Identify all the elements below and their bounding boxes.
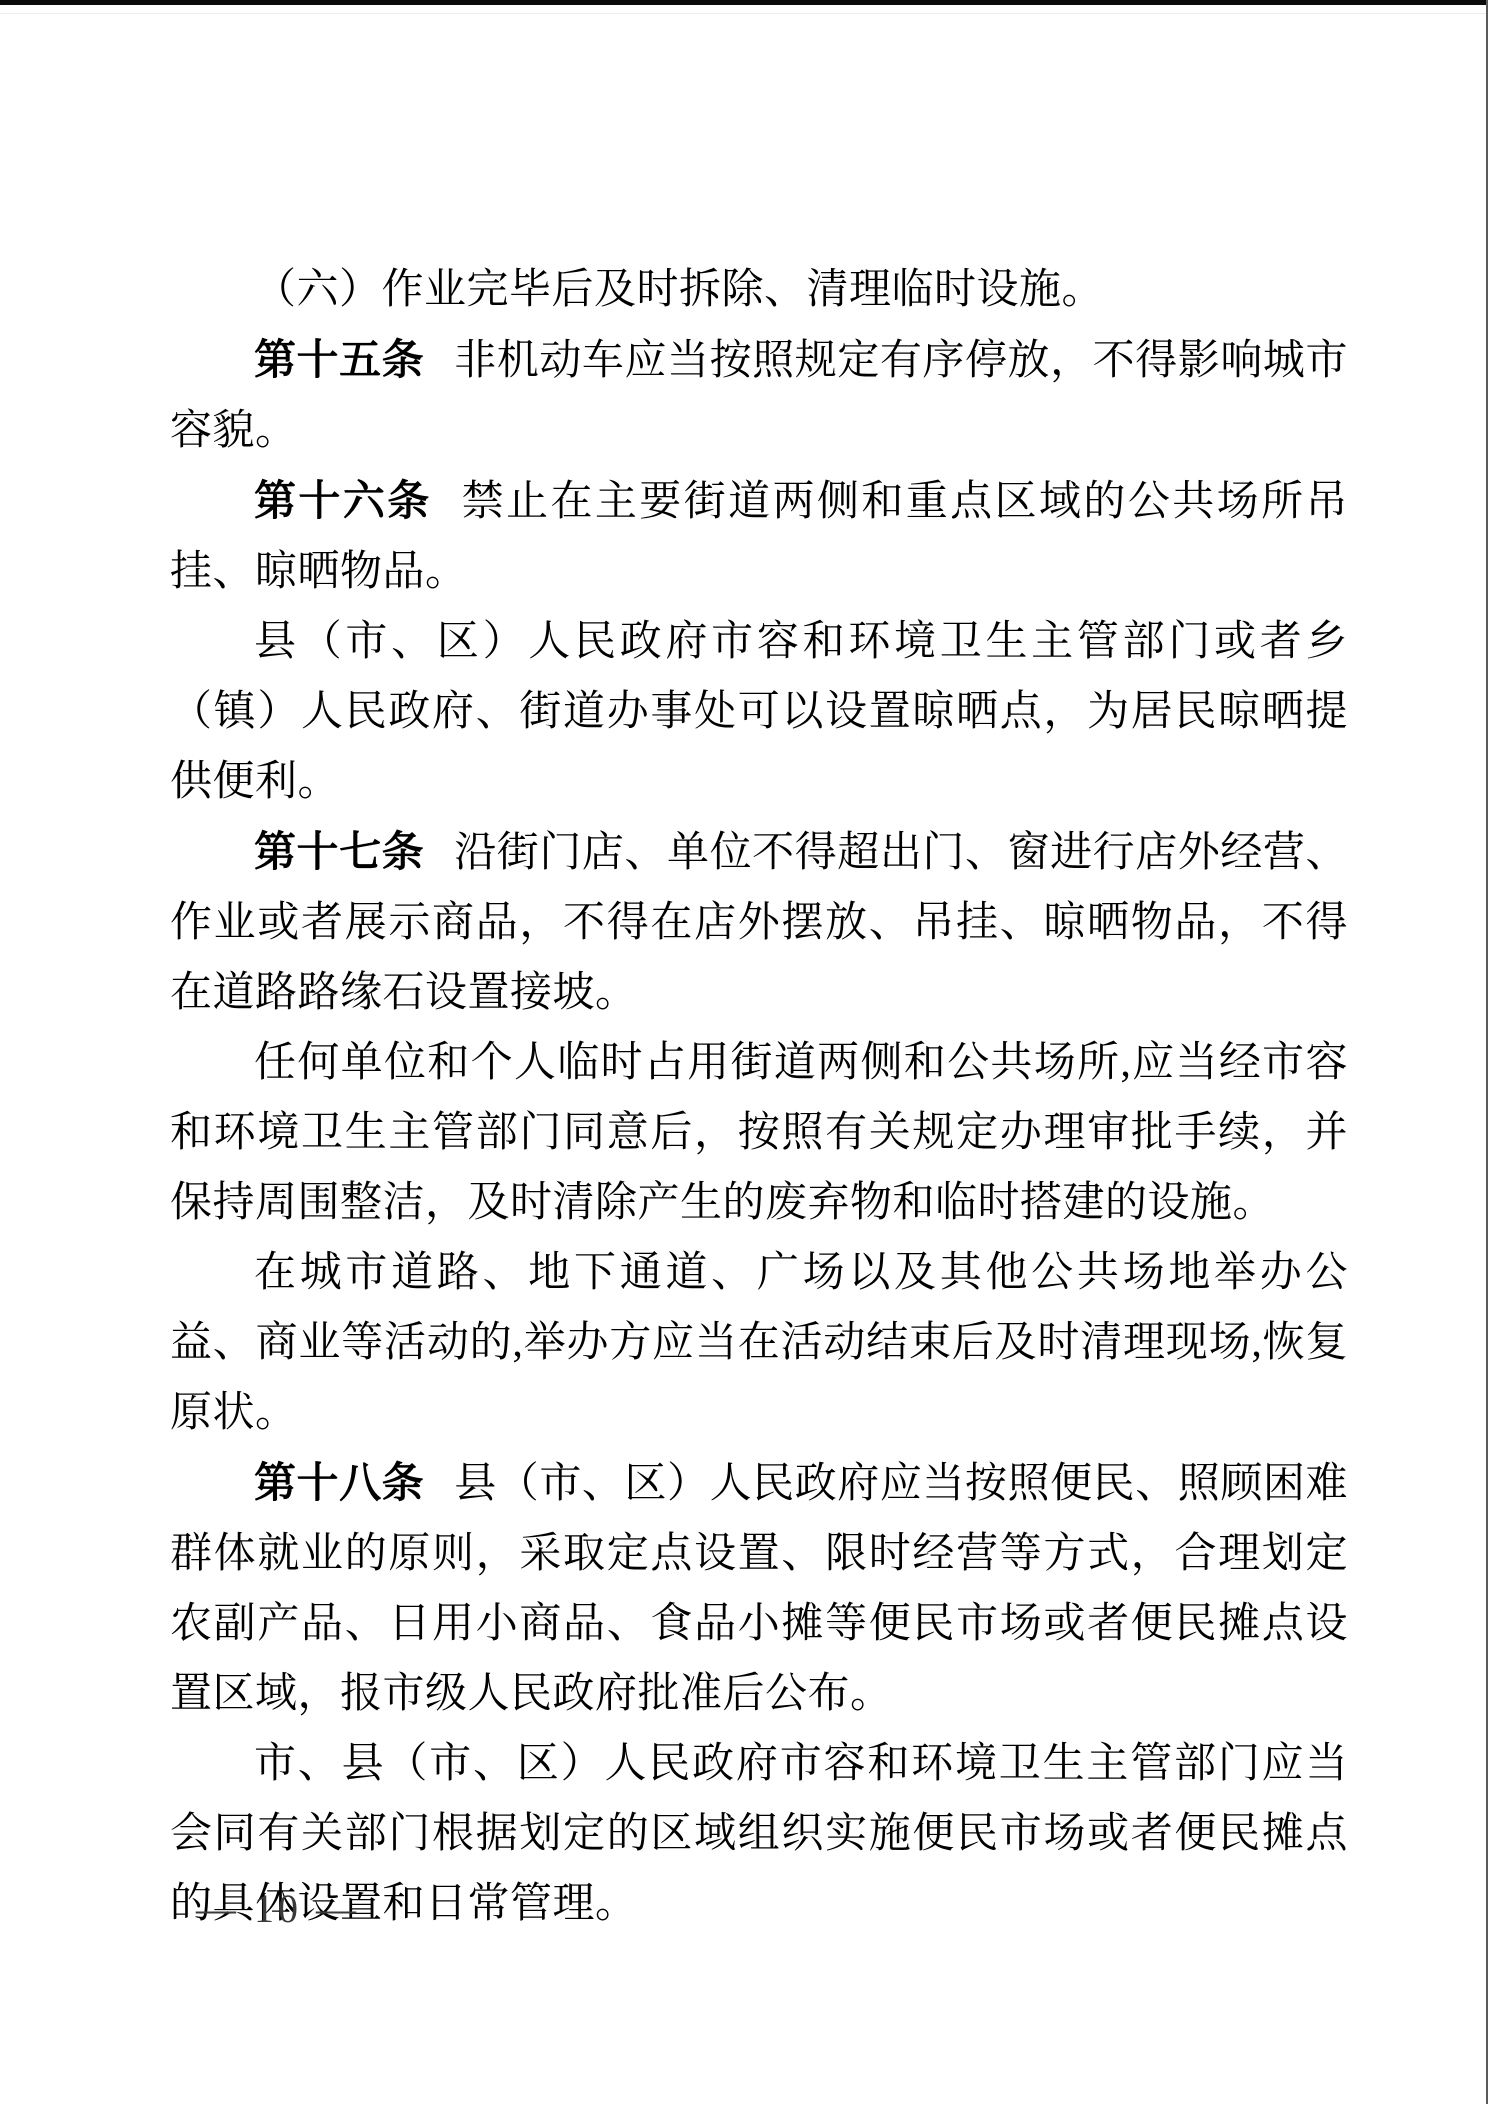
article-number: 第十五条	[254, 336, 424, 383]
paragraph-text: 任何单位和个人临时占用街道两侧和公共场所,应当经市容和环境卫生主管部门同意后，按…	[170, 1040, 1348, 1226]
article-paragraph: 第十五条非机动车应当按照规定有序停放，不得影响城市容貌。	[170, 325, 1348, 466]
body-paragraph: 任何单位和个人临时占用街道两侧和公共场所,应当经市容和环境卫生主管部门同意后，按…	[170, 1028, 1348, 1238]
article-paragraph: 第十七条沿街门店、单位不得超出门、窗进行店外经营、作业或者展示商品，不得在店外摆…	[170, 817, 1348, 1028]
body-paragraph: 在城市道路、地下通道、广场以及其他公共场地举办公益、商业等活动的,举办方应当在活…	[170, 1238, 1348, 1448]
body-paragraph: 县（市、区）人民政府市容和环境卫生主管部门或者乡（镇）人民政府、街道办事处可以设…	[170, 607, 1348, 817]
document-body: （六）作业完毕后及时拆除、清理临时设施。第十五条非机动车应当按照规定有序停放，不…	[170, 255, 1348, 1939]
paragraph-text: 在城市道路、地下通道、广场以及其他公共场地举办公益、商业等活动的,举办方应当在活…	[170, 1250, 1348, 1436]
scan-top-edge	[0, 0, 1488, 5]
document-page: （六）作业完毕后及时拆除、清理临时设施。第十五条非机动车应当按照规定有序停放，不…	[0, 0, 1488, 2104]
article-paragraph: 第十六条禁止在主要街道两侧和重点区域的公共场所吊挂、晾晒物品。	[170, 466, 1348, 607]
article-paragraph: 第十八条县（市、区）人民政府应当按照便民、照顾困难群体就业的原则，采取定点设置、…	[170, 1448, 1348, 1729]
paragraph-text: 县（市、区）人民政府市容和环境卫生主管部门或者乡（镇）人民政府、街道办事处可以设…	[170, 619, 1348, 805]
page-number-footer: — 10 —	[196, 1886, 360, 1932]
article-number: 第十七条	[254, 828, 424, 875]
scan-top-hairline	[0, 13, 1488, 14]
article-number: 第十八条	[254, 1459, 424, 1506]
paragraph-text: （六）作业完毕后及时拆除、清理临时设施。	[254, 267, 1104, 313]
body-paragraph: （六）作业完毕后及时拆除、清理临时设施。	[170, 255, 1348, 325]
article-number: 第十六条	[254, 477, 432, 524]
